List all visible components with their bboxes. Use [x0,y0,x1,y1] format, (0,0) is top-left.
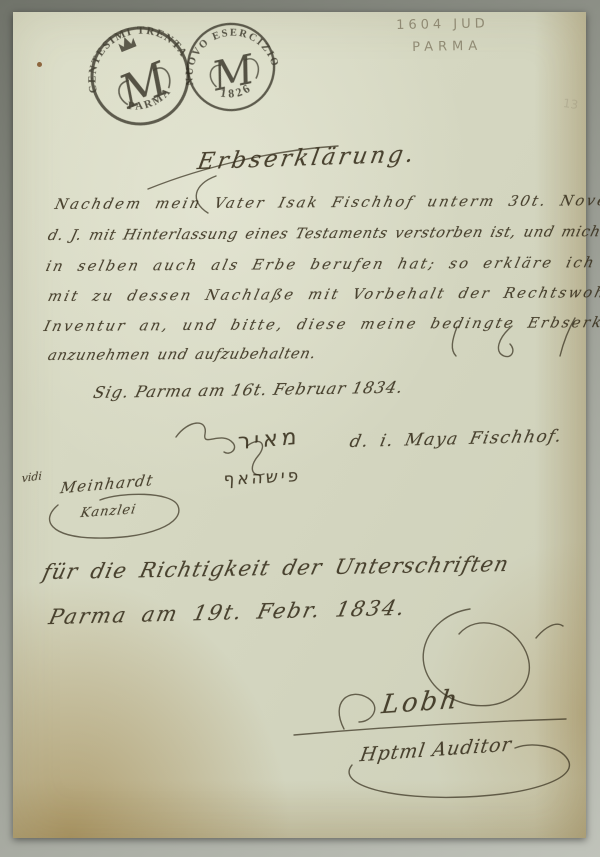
faint-page-number: 13 [562,96,579,112]
pencil-archive-place: PARMA [412,39,482,55]
hebrew-signature-line2: פישהאף [223,466,302,490]
paper-stain-dot [37,62,42,67]
pencil-archive-number: 1604 JUD [396,16,489,33]
stamp-monogram: M [207,46,260,101]
stamp-monogram: M [111,51,178,120]
official-signature-name: Lobh [380,685,462,721]
photo-of-document: { "colors": { "paper": "#d6d8c2", "photo… [0,0,600,857]
revenue-stamp-nuovo-esercizio: NUOVO ESERCIZIO 1826 M [166,2,296,132]
body-line: anzunehmen und aufzubehalten. [46,346,318,364]
